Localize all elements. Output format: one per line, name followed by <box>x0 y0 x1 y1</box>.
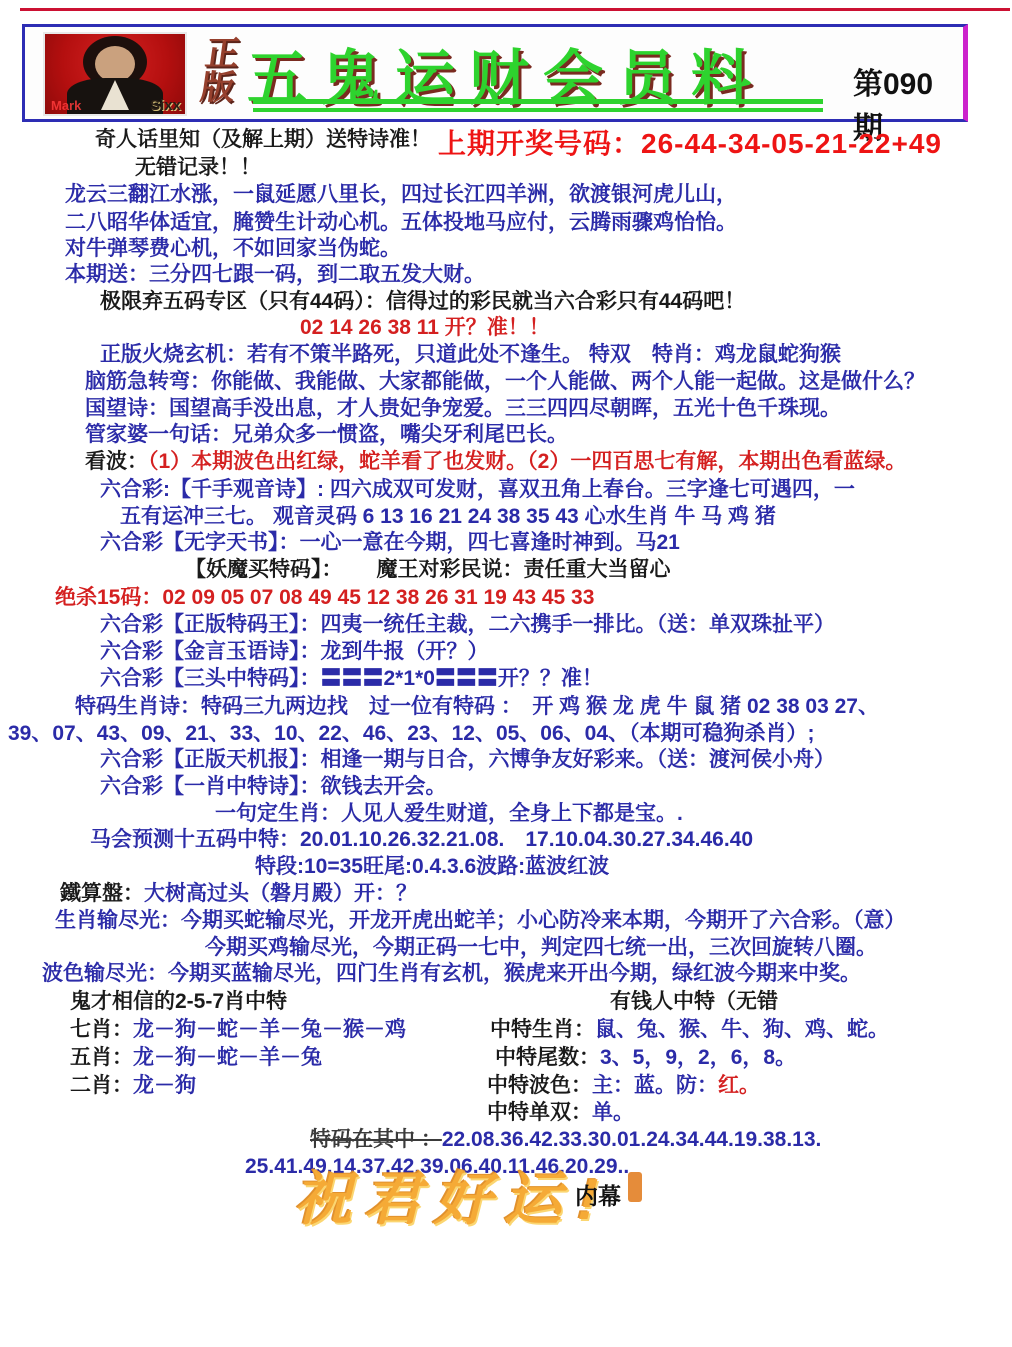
zhongte-weishu-line: 中特尾数：3、5，9，2，6，8。 <box>495 1046 796 1070</box>
jixian-codes: 02 14 26 38 11 开？准！！ <box>300 316 550 340</box>
portrait-photo: Mark Sixx <box>43 32 187 116</box>
zhongte-shengxiao-line: 中特生肖：鼠、兔、猴、牛、狗、鸡、蛇。 <box>490 1018 889 1042</box>
qianshou-line-1: 六合彩:【千手观音诗】: 四六成双可发财，喜双丑角上春台。三字逢七可遇四，一 <box>100 478 855 502</box>
last-draw-numbers: 上期开奖号码：26-44-34-05-21-22+49 <box>438 132 942 156</box>
shengxiaoshi-line-1: 特码生肖诗：特码三九两边找 过一位有特码 ： 开 鸡 猴 龙 虎 牛 鼠 猪 0… <box>75 695 879 719</box>
mahui-line: 马会预测十五码中特：20.01.10.26.32.21.08. 17.10.04… <box>90 828 753 852</box>
zhongte-bose-line: 中特波色：主：蓝。防：红。 <box>487 1074 760 1098</box>
intro-line: 奇人话里知（及解上期）送特诗准！ <box>95 128 431 152</box>
shengxiaoshi-line-2: 39、07、43、09、21、33、10、22、46、23、12、05、06、0… <box>8 722 815 746</box>
photo-watermark: Sixx <box>150 97 181 114</box>
shengxiao-shujinguang-1: 生肖输尽光：今期买蛇输尽光，开龙开虎出蛇羊；小心防冷来本期，今期开了六合彩。（意… <box>55 909 906 933</box>
guicai-header: 鬼才相信的2-5-7肖中特 <box>70 990 287 1014</box>
neimu-cutoff-glyph <box>628 1172 642 1202</box>
good-luck-watermark: 祝君好运! <box>290 1152 622 1236</box>
guowang-line: 国望诗：国望高手没出息，才人贵妃争宠爱。三三四四尽朝晖，五光十色千珠现。 <box>85 397 841 421</box>
naojin-line: 脑筋急转弯：你能做、我能做、大家都能做，一个人能做、两个人能一起做。这是做什么？ <box>85 370 925 394</box>
yaomo-line: 【妖魔买特码】：魔王对彩民说：责任重大当留心 <box>185 558 671 582</box>
temawang-line: 六合彩【正版特码王】：四夷一统任主裁，二六携手一排比。（送：单双珠扯平） <box>100 613 835 637</box>
huoshao-line: 正版火烧玄机：若有不策半路死，只道此处不逢生。 特双 特肖：鸡龙鼠蛇狗猴 <box>100 343 841 367</box>
photo-red-mark: Mark <box>51 98 81 113</box>
benqisong-line: 本期送：三分四七跟一码，到二取五发大财。 <box>65 263 485 287</box>
erxiao-line: 二肖：龙－狗 <box>70 1074 196 1098</box>
tianjibao-line: 六合彩【正版天机报】：相逢一期与日合，六博争友好彩来。（送：渡河侯小舟） <box>100 748 835 772</box>
poem-line-1: 龙云三翻江水涨，一鼠延愿八里长，四过长江四羊洲，欲渡银河虎儿山， <box>65 183 737 207</box>
wuxiao-line: 五肖：龙－狗－蛇－羊－兔 <box>70 1046 322 1070</box>
jinyan-line: 六合彩【金言玉语诗】：龙到牛报（开？） <box>100 640 489 664</box>
kanbo-line: 看波：（1）本期波色出红绿，蛇羊看了也发财。（2）一四百思七有解，本期出色看蓝绿… <box>85 450 906 474</box>
tema-qizhong-line-1: 特码在其中 ：22.08.36.42.33.30.01.24.34.44.19.… <box>310 1128 821 1152</box>
bose-shujinguang: 波色输尽光：今期买蓝输尽光，四门生肖有玄机，猴虎来开出今期，绿红波今期来中奖。 <box>42 962 861 986</box>
zhongte-danshuang-line: 中特单双：单。 <box>487 1101 634 1125</box>
top-red-rule <box>20 8 1010 11</box>
santou-line: 六合彩【三头中特码】：〓〓〓2*1*0〓〓〓开？？准！ <box>100 667 603 691</box>
juesha-line: 绝杀15码：02 09 05 07 08 49 45 12 38 26 31 1… <box>55 586 594 610</box>
guanjiapo-line: 管家婆一句话：兄弟众多一惯盗，嘴尖牙利尾巴长。 <box>85 423 568 447</box>
neimu-label: 内幕 <box>575 1178 621 1211</box>
record-line: 无错记录！！ <box>135 156 261 180</box>
wuzitianshu-line: 六合彩【无字天书】：一心一意在今期，四七喜逢时神到。马21 <box>100 531 680 555</box>
teduan-line: 特段:10=35旺尾:0.4.3.6波路:蓝波红波 <box>255 855 609 879</box>
lottery-sheet: Mark Sixx 正版 五鬼运财会员料 第090期 奇人话里知（及解上期）送特… <box>0 0 1012 1347</box>
title-underline <box>253 99 823 112</box>
poem-line-3: 对牛弹琴费心机，不如回家当伪蛇。 <box>65 237 401 261</box>
portrait-face <box>95 46 135 82</box>
edition-label: 正版 <box>192 37 248 105</box>
qixiao-line: 七肖：龙－狗－蛇－羊－兔－猴－鸡 <box>70 1018 406 1042</box>
poem-line-2: 二八昭华体适宜，腌赞生计动心机。五体投地马应付，云腾雨骤鸡怡怡。 <box>65 211 737 235</box>
qianshou-line-2: 五有运冲三七。 观音灵码 6 13 16 21 24 38 35 43 心水生肖… <box>120 505 776 529</box>
yijuding-line: 一句定生肖：人见人爱生财道，全身上下都是宝。. <box>215 802 683 826</box>
yixiao-line: 六合彩【一肖中特诗】：欲钱去开会。 <box>100 775 447 799</box>
jixian-line: 极限弃五码专区（只有44码）：信得过的彩民就当六合彩只有44码吧！ <box>100 290 745 314</box>
shengxiao-shujinguang-2: 今期买鸡输尽光，今期正码一七中，判定四七统一出，三次回旋转八圈。 <box>205 936 877 960</box>
header: Mark Sixx 正版 五鬼运财会员料 第090期 <box>22 24 968 122</box>
tiesuan-line: 鐵算盤：大树高过头（磐月殿）开：？ <box>60 882 417 906</box>
youqian-header: 有钱人中特（无错 <box>610 990 778 1014</box>
